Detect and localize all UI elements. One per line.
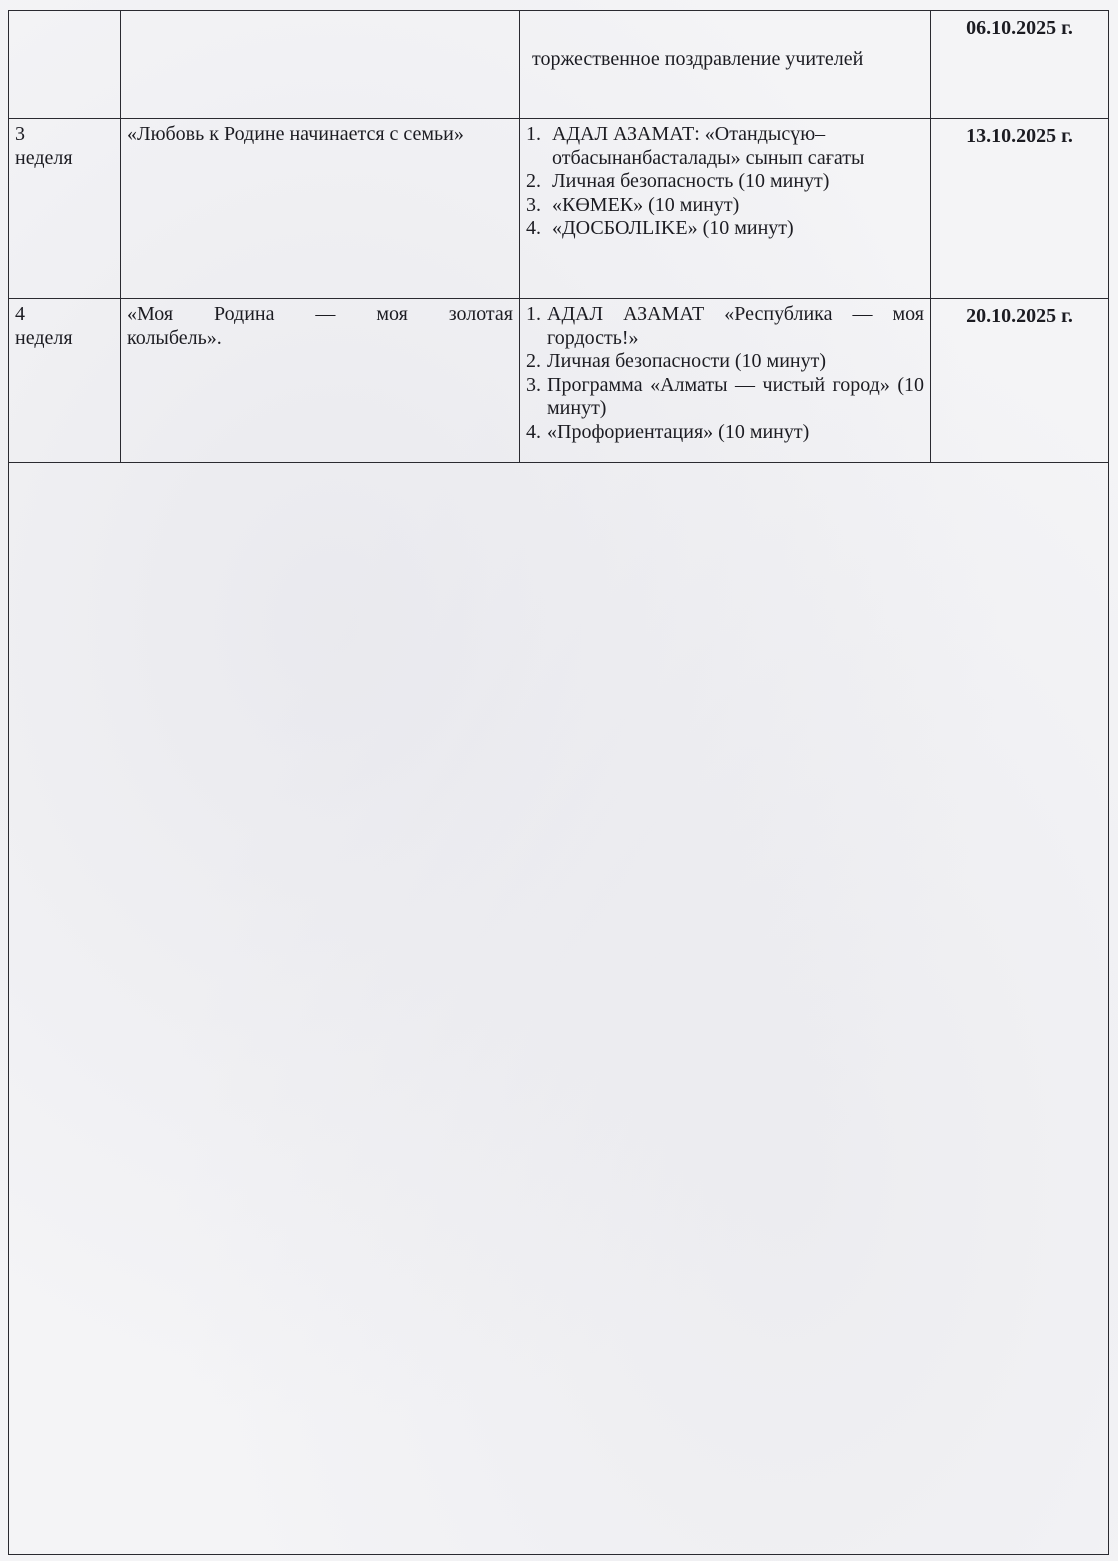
- event-number: 3.: [526, 374, 541, 398]
- week-cell: 4 неделя: [9, 299, 121, 463]
- event-item: 1. АДАЛ АЗАМАТ: «Отандысүю–отбасынанбаст…: [526, 123, 924, 170]
- theme-text-line-1: «Моя Родина — моя золотая: [127, 303, 513, 327]
- theme-text: «Любовь к Родине начинается с семьи»: [127, 123, 513, 147]
- event-item: 4. «ДОСБОЛLIKE» (10 минут): [526, 217, 924, 241]
- event-item: 3. «КӨМЕК» (10 минут): [526, 194, 924, 218]
- event-text: АДАЛ АЗАМАТ: «Отандысүю–отбасынанбастала…: [552, 123, 864, 169]
- theme-cell: [121, 11, 520, 119]
- events-cell: торжественное поздравление учителей: [520, 11, 931, 119]
- date-cell: 20.10.2025 г.: [931, 299, 1109, 463]
- event-date: 06.10.2025 г.: [937, 15, 1102, 41]
- event-number: 2.: [526, 170, 541, 194]
- date-cell: 06.10.2025 г.: [931, 11, 1109, 119]
- event-item: 2. Личная безопасность (10 минут): [526, 170, 924, 194]
- table-row: 4 неделя «Моя Родина — моя золотая колыб…: [9, 299, 1109, 463]
- event-item: 2. Личная безопасности (10 минут): [526, 350, 924, 374]
- events-cell: 1. АДАЛ АЗАМАТ: «Отандысүю–отбасынанбаст…: [520, 119, 931, 299]
- events-list: 1. АДАЛ АЗАМАТ «Республика — моя гордост…: [526, 303, 924, 444]
- event-number: 1.: [526, 303, 541, 327]
- event-number: 3.: [526, 194, 541, 218]
- event-text: «ДОСБОЛLIKE» (10 минут): [552, 217, 794, 239]
- event-text: Личная безопасности (10 минут): [547, 350, 826, 372]
- event-number: 1.: [526, 123, 541, 147]
- event-text: АДАЛ АЗАМАТ «Республика — моя гордость!»: [547, 303, 924, 349]
- event-item: 1. АДАЛ АЗАМАТ «Республика — моя гордост…: [526, 303, 924, 350]
- events-continuation-text: торжественное поздравление учителей: [526, 15, 924, 72]
- event-text: Личная безопасность (10 минут): [552, 170, 829, 192]
- theme-text-line-2: колыбель».: [127, 327, 513, 351]
- table-row: 3 неделя «Любовь к Родине начинается с с…: [9, 119, 1109, 299]
- event-date: 13.10.2025 г.: [937, 123, 1102, 149]
- event-number: 4.: [526, 217, 541, 241]
- week-label: неделя: [15, 147, 114, 171]
- event-text: «КӨМЕК» (10 минут): [552, 194, 739, 216]
- event-text: Программа «Алматы — чистый город» (10 ми…: [547, 374, 924, 420]
- table-row-blank: [9, 463, 1109, 1555]
- theme-cell: «Любовь к Родине начинается с семьи»: [121, 119, 520, 299]
- event-plan-table: торжественное поздравление учителей 06.1…: [8, 10, 1109, 1555]
- document-page: торжественное поздравление учителей 06.1…: [0, 0, 1118, 1561]
- event-item: 4. «Профориентация» (10 минут): [526, 421, 924, 445]
- week-cell: [9, 11, 121, 119]
- events-cell: 1. АДАЛ АЗАМАТ «Республика — моя гордост…: [520, 299, 931, 463]
- theme-cell: «Моя Родина — моя золотая колыбель».: [121, 299, 520, 463]
- events-list: 1. АДАЛ АЗАМАТ: «Отандысүю–отбасынанбаст…: [526, 123, 924, 241]
- table-row: торжественное поздравление учителей 06.1…: [9, 11, 1109, 119]
- event-number: 4.: [526, 421, 541, 445]
- blank-section: [9, 463, 1109, 1555]
- date-cell: 13.10.2025 г.: [931, 119, 1109, 299]
- week-number: 3: [15, 123, 114, 147]
- event-item: 3. Программа «Алматы — чистый город» (10…: [526, 374, 924, 421]
- week-cell: 3 неделя: [9, 119, 121, 299]
- event-text: «Профориентация» (10 минут): [547, 421, 809, 443]
- week-label: неделя: [15, 327, 114, 351]
- event-date: 20.10.2025 г.: [937, 303, 1102, 329]
- week-number: 4: [15, 303, 114, 327]
- event-number: 2.: [526, 350, 541, 374]
